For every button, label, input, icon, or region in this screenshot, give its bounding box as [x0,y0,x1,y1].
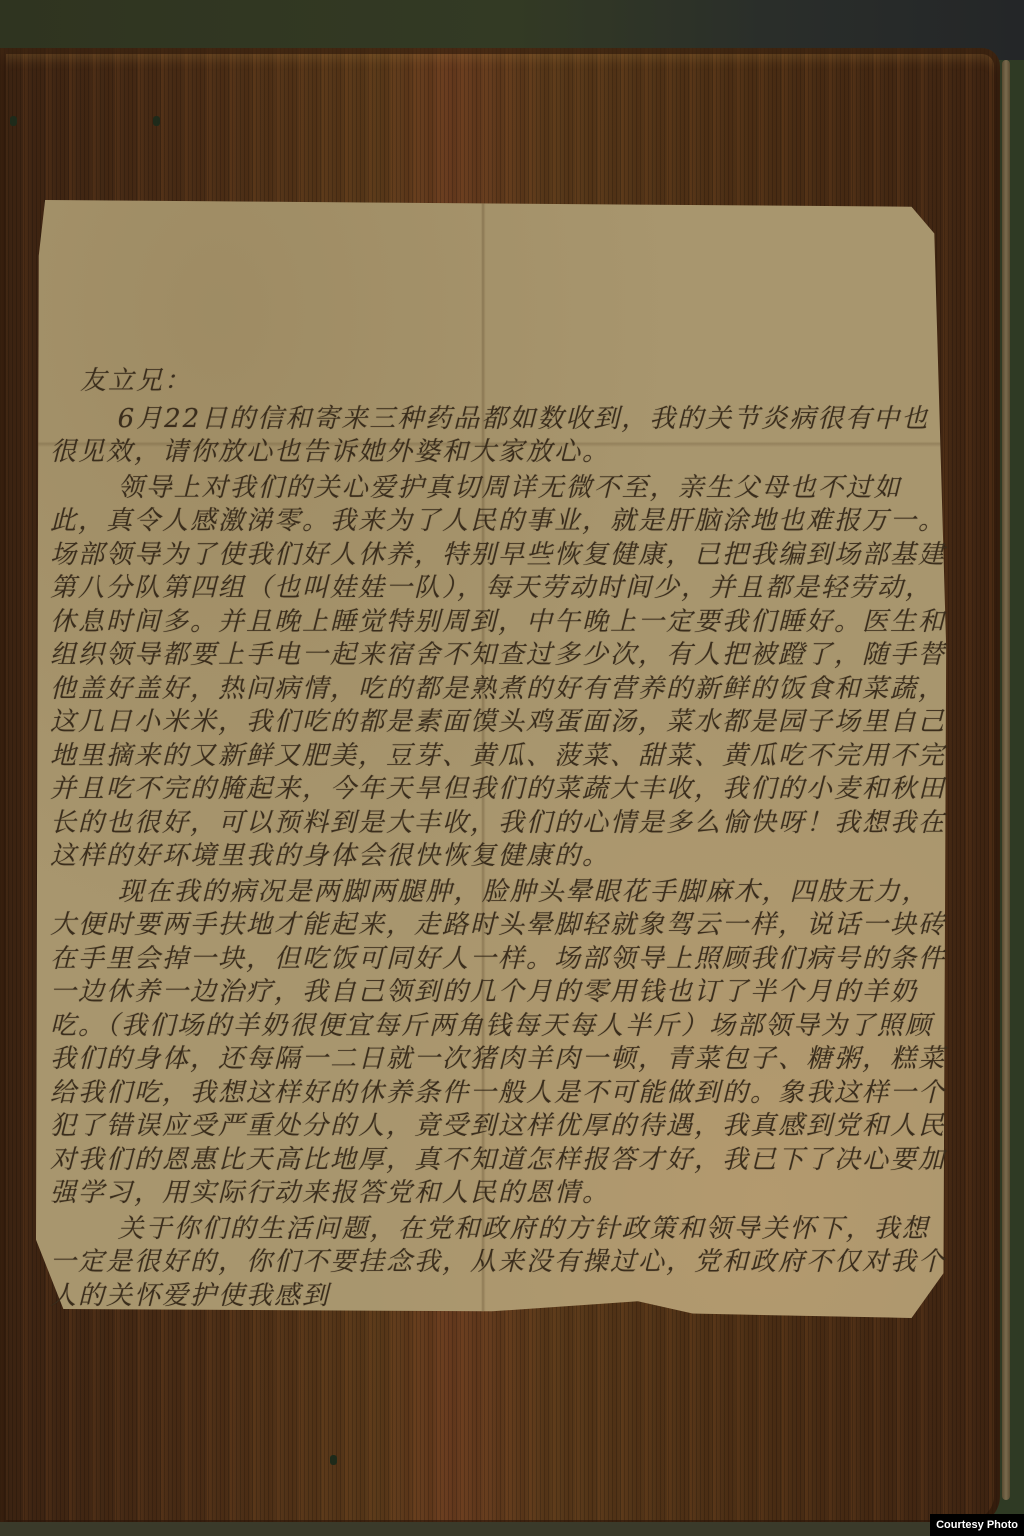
letter-greeting: 友立兄： [80,365,950,399]
letter-text: 友立兄： 6月22日的信和寄来三种药品都如数收到，我的关节炎病很有中也很见效，请… [50,365,950,1315]
nail-icon [10,116,17,126]
board-edge [1002,60,1010,1500]
letter-paragraph: 关于你们的生活问题，在党和政府的方针政策和领导关怀下，我想一定是很好的，你们不要… [50,1213,950,1314]
board-bottom [0,1522,1024,1536]
letter-paragraph: 现在我的病况是两脚两腿肿，脸肿头晕眼花手脚麻木，四肢无力，大便时要两手扶地才能起… [50,876,950,1211]
nail-icon [153,116,160,126]
nail-icon [330,1455,337,1465]
letter-paragraph: 领导上对我们的关心爱护真切周详无微不至，亲生父母也不过如此，真令人感激涕零。我来… [50,472,950,874]
photo-credit: Courtesy Photo [930,1514,1024,1536]
letter-paragraph: 6月22日的信和寄来三种药品都如数收到，我的关节炎病很有中也很见效，请你放心也告… [50,403,950,470]
